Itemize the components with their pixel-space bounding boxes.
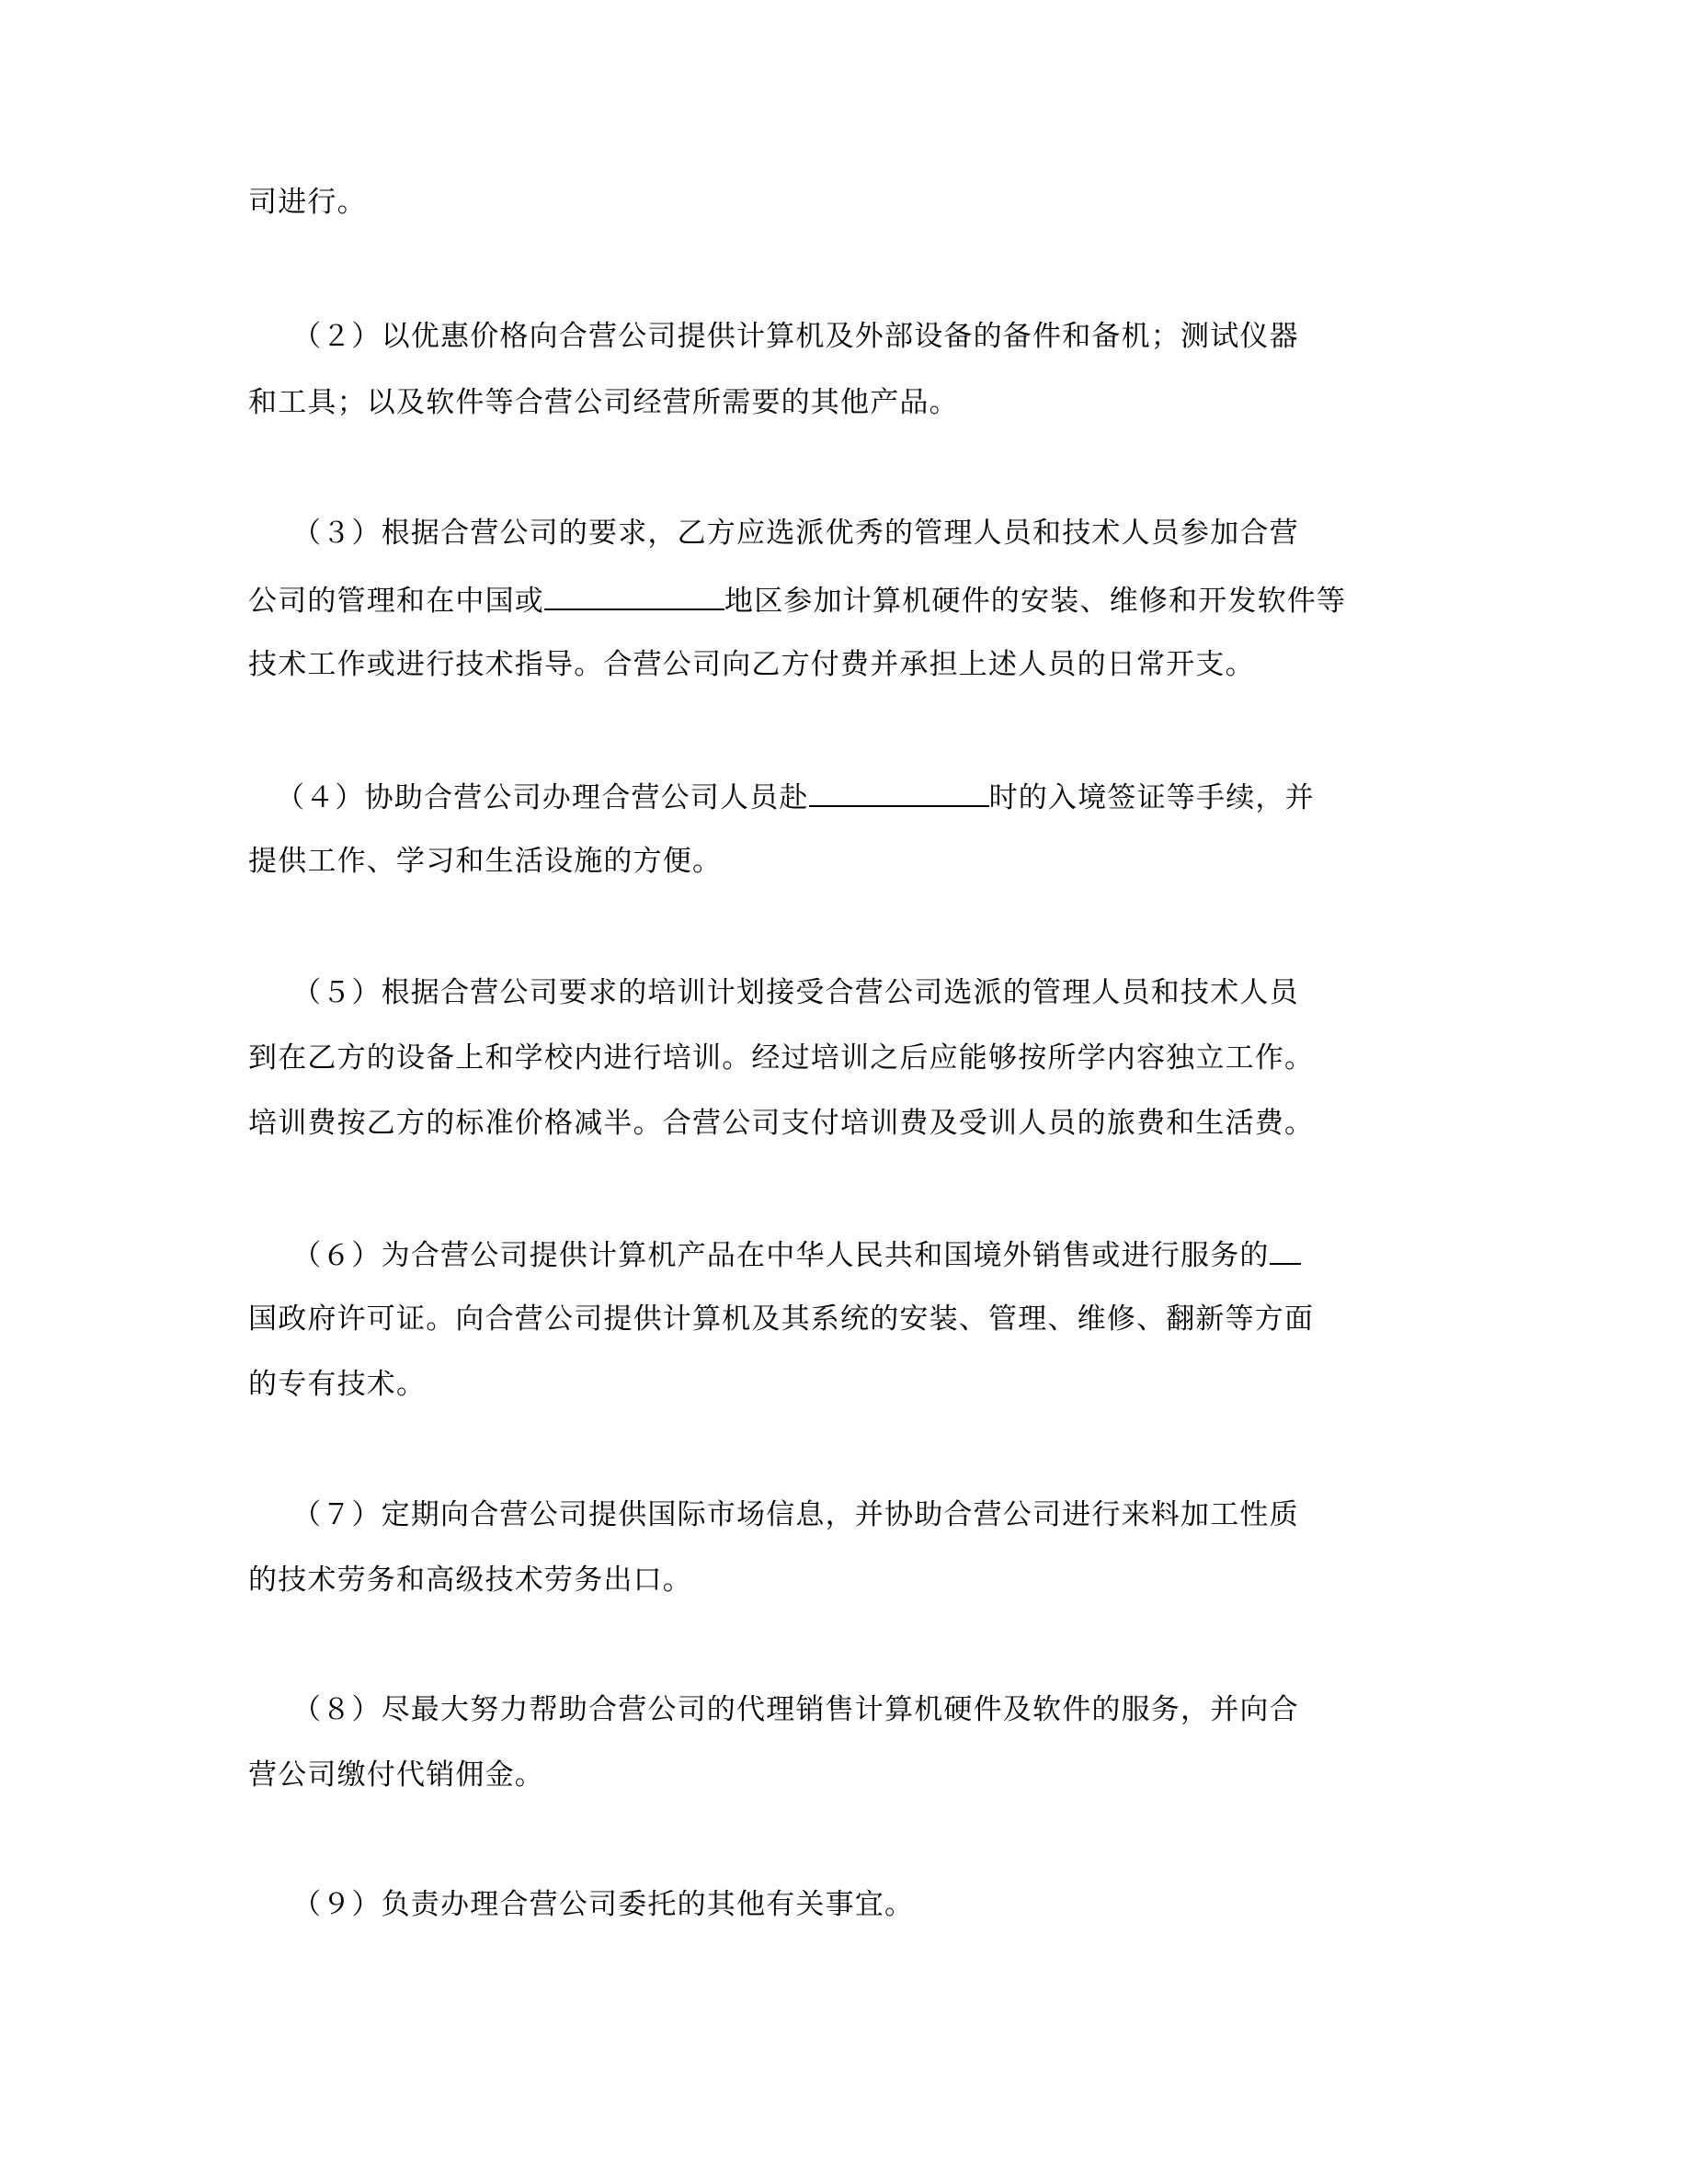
- paragraph-6-line-1: （６）为合营公司提供计算机产品在中华人民共和国境外销售或进行服务的: [292, 1235, 1478, 1274]
- paragraph-3-line-3: 技术工作或进行技术指导。合营公司向乙方付费并承担上述人员的日常开支。: [248, 646, 1434, 683]
- paragraph-8-line-2: 营公司缴付代销佣金。: [248, 1757, 1434, 1793]
- continuation-line: 司进行。: [248, 184, 1434, 221]
- line-text: （４）协助合营公司办理合营公司人员赴: [276, 781, 809, 814]
- paragraph-6-line-2: 国政府许可证。向合营公司提供计算机及其系统的安装、管理、维修、翻新等方面: [248, 1301, 1434, 1337]
- line-text: 提供工作、学习和生活设施的方便。: [248, 845, 722, 878]
- line-text: 到在乙方的设备上和学校内进行培训。经过培训之后应能够按所学内容独立工作。: [248, 1041, 1314, 1075]
- line-text: 的专有技术。: [248, 1368, 426, 1401]
- line-text: 司进行。: [248, 186, 367, 219]
- line-text: 和工具；以及软件等合营公司经营所需要的其他产品。: [248, 386, 959, 419]
- line-text: 国政府许可证。向合营公司提供计算机及其系统的安装、管理、维修、翻新等方面: [248, 1302, 1314, 1336]
- fill-in-blank-region[interactable]: [544, 581, 724, 610]
- line-text: 公司的管理和在中国或: [248, 585, 544, 618]
- fill-in-blank-destination[interactable]: [809, 778, 989, 807]
- document-page: 司进行。 （２）以优惠价格向合营公司提供计算机及外部设备的备件和备机；测试仪器 …: [0, 0, 1688, 2184]
- line-text: 技术工作或进行技术指导。合营公司向乙方付费并承担上述人员的日常开支。: [248, 648, 1255, 681]
- fill-in-blank-country[interactable]: [1270, 1235, 1301, 1265]
- line-text: 地区参加计算机硬件的安装、维修和开发软件等: [724, 585, 1346, 618]
- line-text: （６）为合营公司提供计算机产品在中华人民共和国境外销售或进行服务的: [292, 1239, 1270, 1272]
- paragraph-4-line-1: （４）协助合营公司办理合营公司人员赴时的入境签证等手续，并: [276, 778, 1462, 816]
- paragraph-7-line-1: （７）定期向合营公司提供国际市场信息，并协助合营公司进行来料加工性质: [292, 1496, 1478, 1533]
- line-text: （８）尽最大努力帮助合营公司的代理销售计算机硬件及软件的服务，并向合: [292, 1693, 1299, 1726]
- line-text: 培训费按乙方的标准价格减半。合营公司支付培训费及受训人员的旅费和生活费。: [248, 1107, 1314, 1140]
- paragraph-6-line-3: 的专有技术。: [248, 1366, 1434, 1403]
- paragraph-3-line-2: 公司的管理和在中国或地区参加计算机硬件的安装、维修和开发软件等: [248, 581, 1434, 620]
- paragraph-9-line-1: （９）负责办理合营公司委托的其他有关事宜。: [292, 1886, 1478, 1923]
- paragraph-5-line-2: 到在乙方的设备上和学校内进行培训。经过培训之后应能够按所学内容独立工作。: [248, 1040, 1434, 1076]
- line-text: （２）以优惠价格向合营公司提供计算机及外部设备的备件和备机；测试仪器: [292, 320, 1299, 353]
- paragraph-8-line-1: （８）尽最大努力帮助合营公司的代理销售计算机硬件及软件的服务，并向合: [292, 1691, 1478, 1728]
- paragraph-5-line-1: （５）根据合营公司要求的培训计划接受合营公司选派的管理人员和技术人员: [292, 974, 1478, 1011]
- line-text: 时的入境签证等手续，并: [989, 781, 1315, 814]
- paragraph-7-line-2: 的技术劳务和高级技术劳务出口。: [248, 1562, 1434, 1598]
- line-text: 的技术劳务和高级技术劳务出口。: [248, 1564, 692, 1597]
- paragraph-2-line-1: （２）以优惠价格向合营公司提供计算机及外部设备的备件和备机；测试仪器: [292, 318, 1478, 355]
- paragraph-2-line-2: 和工具；以及软件等合营公司经营所需要的其他产品。: [248, 384, 1434, 421]
- paragraph-5-line-3: 培训费按乙方的标准价格减半。合营公司支付培训费及受训人员的旅费和生活费。: [248, 1105, 1434, 1142]
- line-text: （７）定期向合营公司提供国际市场信息，并协助合营公司进行来料加工性质: [292, 1498, 1299, 1531]
- paragraph-4-line-2: 提供工作、学习和生活设施的方便。: [248, 843, 1434, 880]
- line-text: （３）根据合营公司的要求，乙方应选派优秀的管理人员和技术人员参加合营: [292, 517, 1299, 550]
- line-text: （９）负责办理合营公司委托的其他有关事宜。: [292, 1888, 914, 1921]
- paragraph-3-line-1: （３）根据合营公司的要求，乙方应选派优秀的管理人员和技术人员参加合营: [292, 515, 1478, 552]
- line-text: （５）根据合营公司要求的培训计划接受合营公司选派的管理人员和技术人员: [292, 976, 1299, 1009]
- line-text: 营公司缴付代销佣金。: [248, 1758, 544, 1792]
